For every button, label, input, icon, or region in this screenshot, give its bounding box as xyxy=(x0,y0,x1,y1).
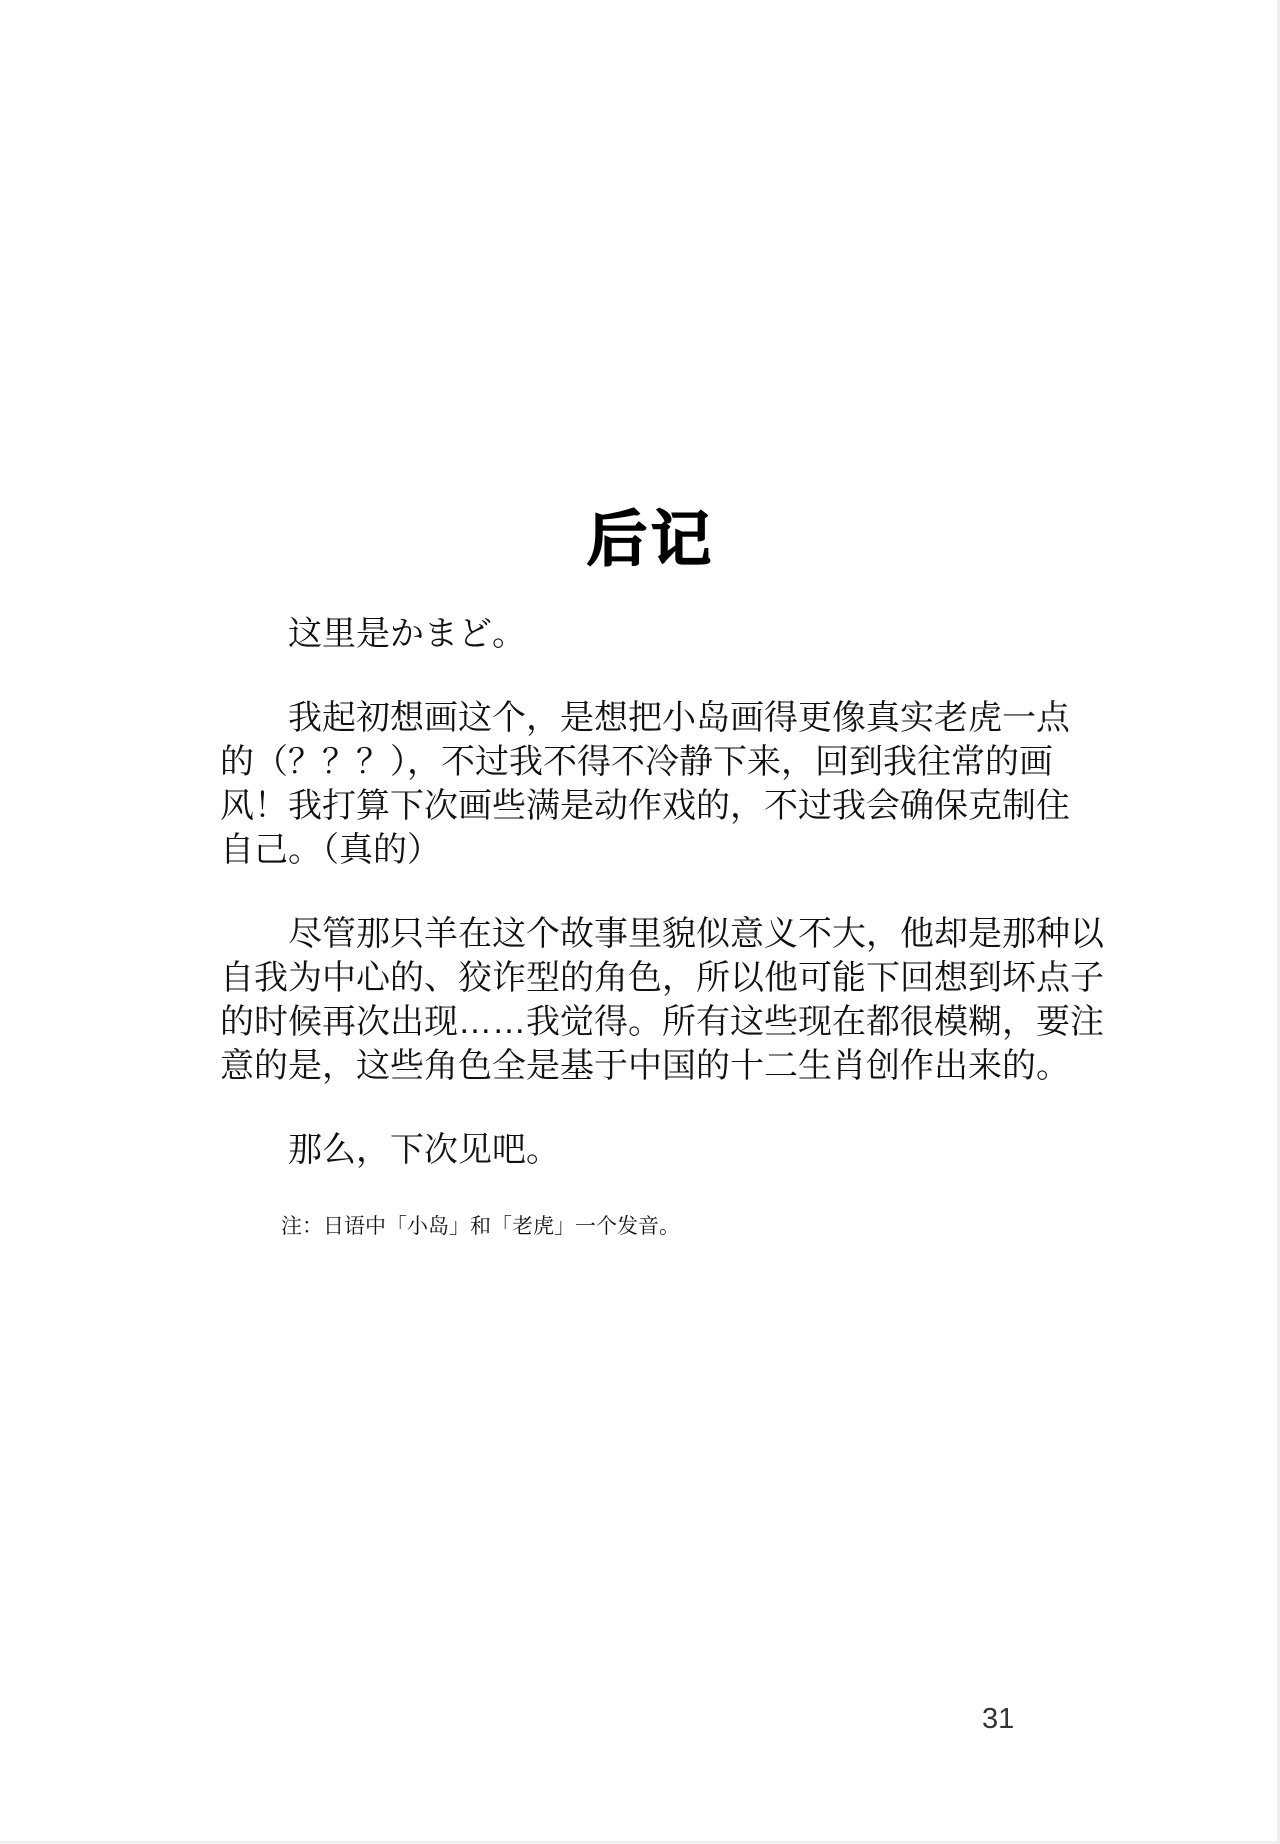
paragraph-greeting: 这里是かまど。 xyxy=(220,612,1088,656)
text-line: 风！我打算下次画些满是动作戏的，不过我会确保克制住 xyxy=(220,784,1088,828)
paragraph-farewell: 那么，下次见吧。 xyxy=(220,1128,1088,1172)
text-line: 的（？？？），不过我不得不冷静下来，回到我往常的画 xyxy=(220,740,1088,784)
paragraph-drawing-style: 我起初想画这个，是想把小岛画得更像真实老虎一点 的（？？？），不过我不得不冷静下… xyxy=(220,696,1088,872)
text-line: 的时候再次出现……我觉得。所有这些现在都很模糊，要注 xyxy=(220,1000,1088,1044)
text-line: 那么，下次见吧。 xyxy=(220,1128,1088,1172)
text-line: 自我为中心的、狡诈型的角色，所以他可能下回想到坏点子 xyxy=(220,956,1088,1000)
text-line: 这里是かまど。 xyxy=(220,612,1088,656)
page-title: 后记 xyxy=(220,508,1082,572)
afterword-body: 这里是かまど。 我起初想画这个，是想把小岛画得更像真实老虎一点 的（？？？），不… xyxy=(220,612,1088,1242)
text-line: 我起初想画这个，是想把小岛画得更像真实老虎一点 xyxy=(220,696,1088,740)
afterword-page: 后记 这里是かまど。 我起初想画这个，是想把小岛画得更像真实老虎一点 的（？？？… xyxy=(0,0,1280,1844)
text-line: 自己。（真的） xyxy=(220,828,1088,872)
translator-note: 注：日语中「小岛」和「老虎」一个发音。 xyxy=(281,1212,1088,1242)
text-line: 尽管那只羊在这个故事里貌似意义不大，他却是那种以 xyxy=(220,912,1088,956)
page-number: 31 xyxy=(982,1702,1014,1736)
text-line: 意的是，这些角色全是基于中国的十二生肖创作出来的。 xyxy=(220,1044,1088,1088)
paragraph-sheep-character: 尽管那只羊在这个故事里貌似意义不大，他却是那种以 自我为中心的、狡诈型的角色，所… xyxy=(220,912,1088,1088)
